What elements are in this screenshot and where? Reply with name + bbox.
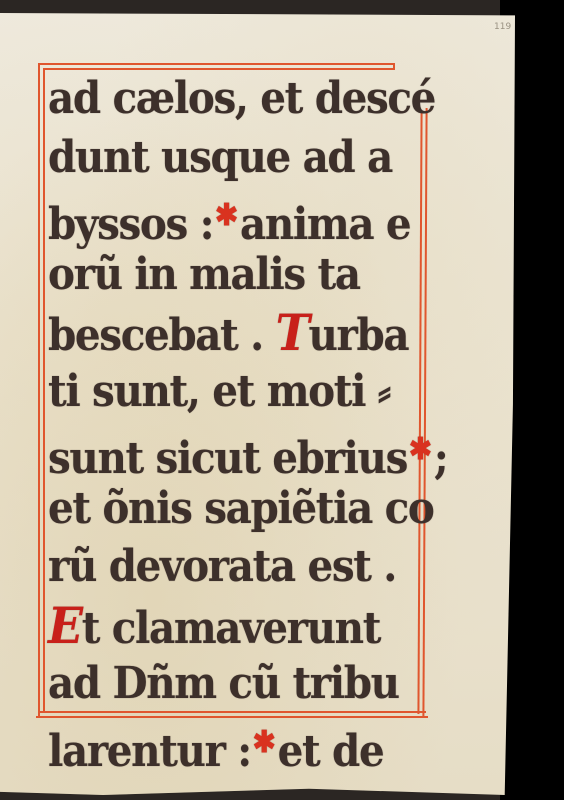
- frame-rule-left-outer: [38, 63, 40, 717]
- text-line-7: sunt sicut ebrius✱;: [48, 421, 407, 480]
- text-line-3: byssos :✱anima e: [48, 187, 407, 246]
- text-line-2: dunt usque ad a: [48, 129, 407, 188]
- text-line-12: larentur :✱et de: [48, 714, 407, 773]
- text-line-1: ad cælos, et descé: [48, 70, 407, 129]
- red-star-icon: ✱: [409, 421, 432, 479]
- text-line-11: ad Dñm cũ tribu: [48, 655, 407, 714]
- frame-rule-top-outer: [38, 63, 394, 65]
- text-line-4: orũ in malis ta: [48, 246, 407, 305]
- frame-rule-top-right-corner: [393, 63, 395, 70]
- red-star-icon: ✱: [253, 714, 276, 772]
- folio-number: 119: [494, 22, 511, 32]
- red-initial-e: E: [48, 596, 82, 655]
- text-line-6: ti sunt, et moti ⸗: [48, 363, 407, 422]
- text-line-8: et õnis sapiẽtia co: [48, 480, 407, 539]
- red-star-icon: ✱: [215, 187, 238, 245]
- red-initial-t: T: [276, 303, 309, 362]
- manuscript-text: ad cælos, et descé dunt usque ad a bysso…: [48, 70, 438, 772]
- text-line-9: rũ devorata est .: [48, 538, 407, 597]
- text-line-5: bescebat . Turba: [48, 304, 407, 363]
- frame-rule-left-inner: [43, 68, 45, 712]
- text-line-10: Et clamaverunt: [48, 597, 407, 656]
